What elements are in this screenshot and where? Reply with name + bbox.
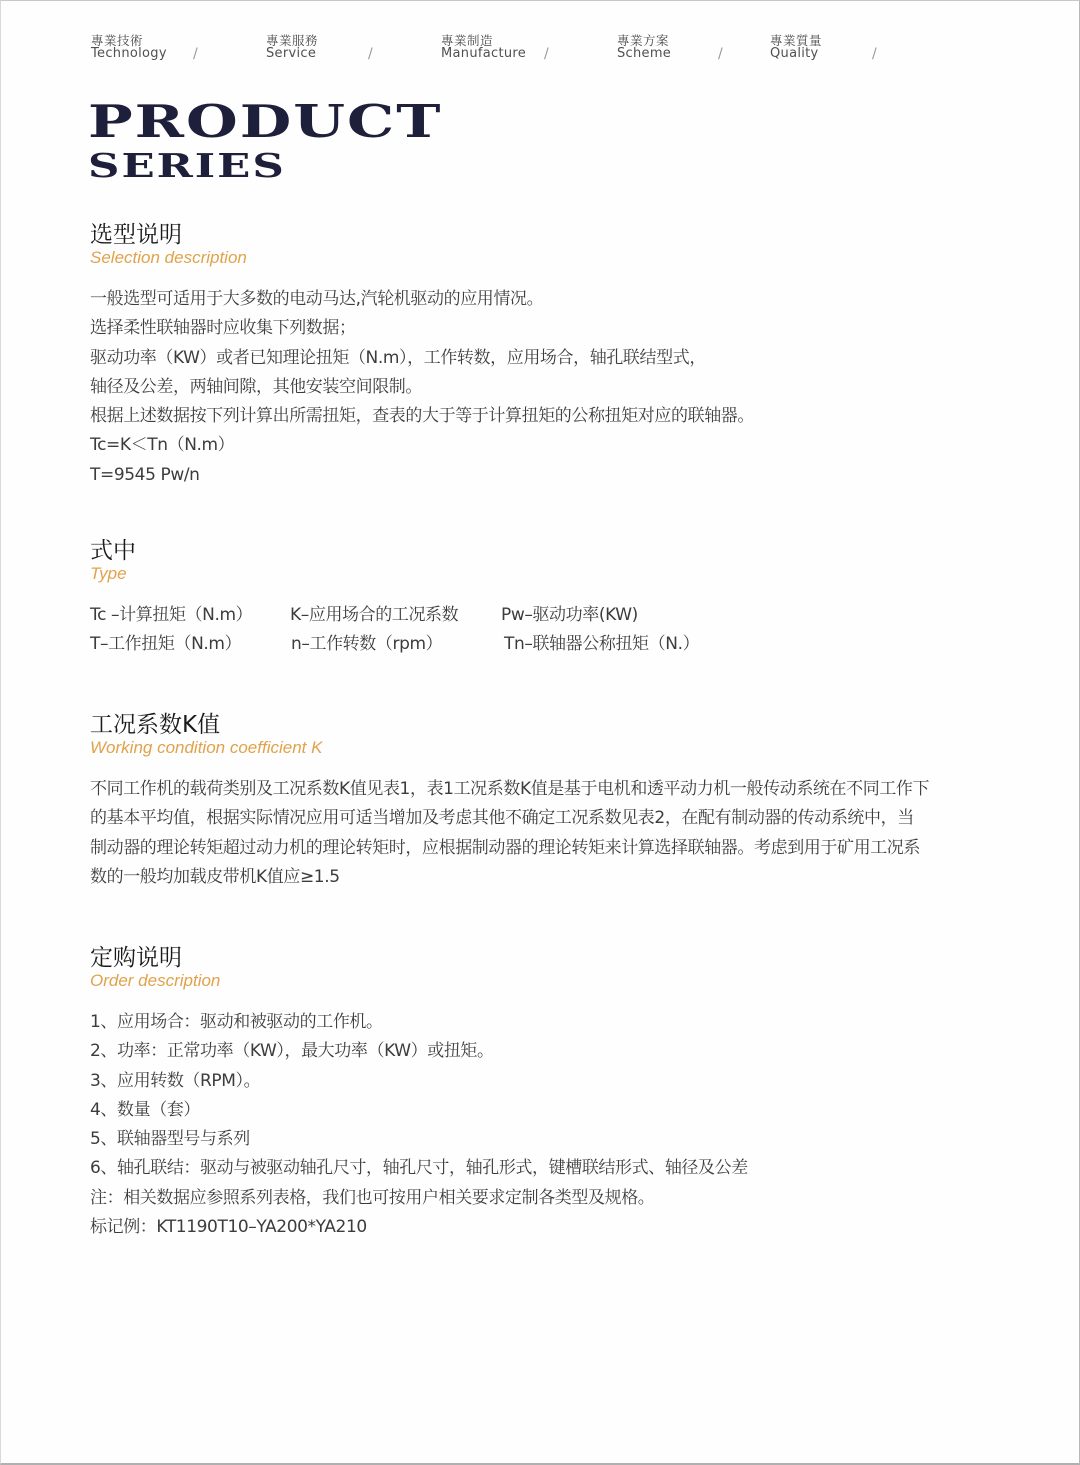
nav-separator: / <box>718 46 723 62</box>
definition-tc: Tc –计算扭矩（N.m） <box>90 601 252 630</box>
order-note: 注：相关数据应参照系列表格，我们也可按用户相关要求定制各类型及规格。 <box>90 1184 748 1213</box>
order-item-6: 6、轴孔联结：驱动与被驱动轴孔尺寸，轴孔尺寸，轴孔形式，键槽联结形式、轴径及公差 <box>90 1154 748 1183</box>
section-title: 式中 <box>90 538 136 564</box>
definition-n: n–工作转数（rpm） <box>291 630 442 659</box>
nav-separator: / <box>368 46 373 62</box>
nav-separator: / <box>872 46 877 62</box>
hero-title-series: SERIES <box>88 148 442 184</box>
hero-title: PRODUCT SERIES <box>88 96 357 184</box>
section-subtitle: Selection description <box>90 248 754 268</box>
nav-item-technology[interactable]: 專業技術 Technology <box>91 34 167 60</box>
paragraph-line: 轴径及公差，两轴间隙，其他安装空间限制。 <box>90 373 754 402</box>
variable-definitions: Tc –计算扭矩（N.m） K–应用场合的工况系数 Pw–驱动功率(KW) T–… <box>90 601 136 661</box>
section-body: 不同工作机的载荷类别及工况系数K值见表1，表1工况系数K值是基于电机和透平动力机… <box>90 775 929 892</box>
paragraph-line: 数的一般均加载皮带机K值应≥1.5 <box>90 863 929 892</box>
nav-item-quality[interactable]: 專業質量 Quality <box>770 34 822 60</box>
order-item-1: 1、应用场合：驱动和被驱动的工作机。 <box>90 1008 748 1037</box>
nav-label-en: Service <box>266 47 318 60</box>
formula-line: Tc=K＜Tn（N.m） <box>90 431 754 460</box>
section-body: 一般选型可适用于大多数的电动马达,汽轮机驱动的应用情况。 选择柔性联轴器时应收集… <box>90 285 754 490</box>
section-title: 工况系数K值 <box>90 712 929 738</box>
hero-title-product: PRODUCT <box>88 96 442 148</box>
section-subtitle: Order description <box>90 971 748 991</box>
nav-label-en: Quality <box>770 47 822 60</box>
section-k-value: 工况系数K值 Working condition coefficient K 不… <box>90 712 929 892</box>
section-subtitle: Type <box>90 564 136 584</box>
paragraph-line: 制动器的理论转矩超过动力机的理论转矩时，应根据制动器的理论转矩来计算选择联轴器。… <box>90 834 929 863</box>
section-body: 1、应用场合：驱动和被驱动的工作机。 2、功率：正常功率（KW），最大功率（KW… <box>90 1008 748 1242</box>
paragraph-line: 一般选型可适用于大多数的电动马达,汽轮机驱动的应用情况。 <box>90 285 754 314</box>
nav-label-en: Technology <box>91 47 167 60</box>
nav-separator: / <box>544 46 549 62</box>
section-order: 定购说明 Order description 1、应用场合：驱动和被驱动的工作机… <box>90 945 748 1242</box>
section-type: 式中 Type Tc –计算扭矩（N.m） K–应用场合的工况系数 Pw–驱动功… <box>90 538 136 661</box>
paragraph-line: 选择柔性联轴器时应收集下列数据； <box>90 314 754 343</box>
order-item-2: 2、功率：正常功率（KW），最大功率（KW）或扭矩。 <box>90 1037 748 1066</box>
top-nav: 專業技術 Technology / 專業服務 Service / 專業制造 Ma… <box>0 34 1080 66</box>
section-subtitle: Working condition coefficient K <box>90 738 929 758</box>
nav-separator: / <box>193 46 198 62</box>
formula-line: T=9545 Pw/n <box>90 461 754 490</box>
nav-item-manufacture[interactable]: 專業制造 Manufacture <box>441 34 526 60</box>
definition-pw: Pw–驱动功率(KW) <box>501 601 638 630</box>
paragraph-line: 不同工作机的载荷类别及工况系数K值见表1，表1工况系数K值是基于电机和透平动力机… <box>90 775 929 804</box>
order-item-5: 5、联轴器型号与系列 <box>90 1125 748 1154</box>
nav-label-en: Manufacture <box>441 47 526 60</box>
paragraph-line: 的基本平均值，根据实际情况应用可适当增加及考虑其他不确定工况系数见表2，在配有制… <box>90 804 929 833</box>
definition-t: T–工作扭矩（N.m） <box>90 630 241 659</box>
nav-item-scheme[interactable]: 專業方案 Scheme <box>617 34 671 60</box>
order-example: 标记例：KT1190T10–YA200*YA210 <box>90 1213 748 1242</box>
section-title: 定购说明 <box>90 945 748 971</box>
paragraph-line: 驱动功率（KW）或者已知理论扭矩（N.m），工作转数，应用场合，轴孔联结型式， <box>90 344 754 373</box>
nav-item-service[interactable]: 專業服務 Service <box>266 34 318 60</box>
order-item-4: 4、数量（套） <box>90 1096 748 1125</box>
section-title: 选型说明 <box>90 222 754 248</box>
nav-label-en: Scheme <box>617 47 671 60</box>
paragraph-line: 根据上述数据按下列计算出所需扭矩，查表的大于等于计算扭矩的公称扭矩对应的联轴器。 <box>90 402 754 431</box>
definition-k: K–应用场合的工况系数 <box>290 601 458 630</box>
order-item-3: 3、应用转数（RPM）。 <box>90 1067 748 1096</box>
section-selection: 选型说明 Selection description 一般选型可适用于大多数的电… <box>90 222 754 490</box>
definition-tn: Tn–联轴器公称扭矩（N.） <box>504 630 699 659</box>
